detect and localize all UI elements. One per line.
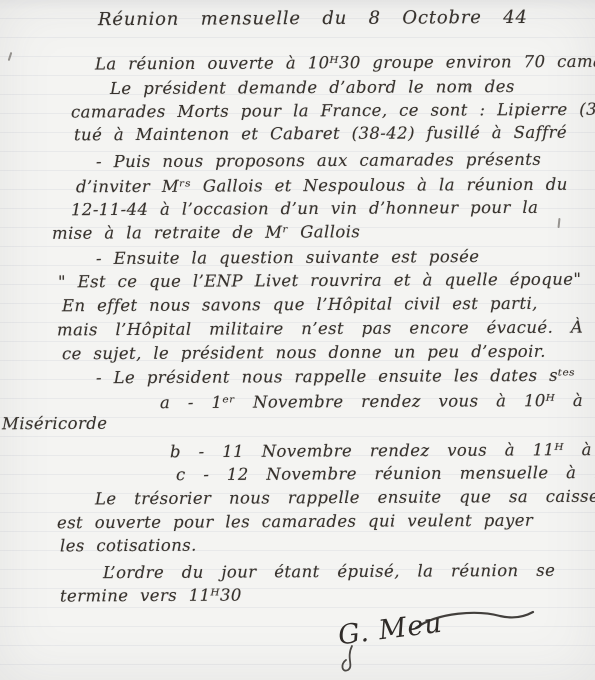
handwritten-line: est ouverte pour les camarades qui veule… (57, 510, 533, 534)
handwritten-line: d’inviter Mʳˢ Gallois et Nespoulous à la… (76, 174, 568, 199)
handwritten-line: termine vers 11ᴴ30 (60, 585, 242, 608)
handwritten-line: camarades Morts pour la France, ce sont … (71, 99, 595, 124)
handwritten-line: En effet nous savons que l’Hôpital civil… (62, 293, 538, 317)
ink-speck (8, 52, 13, 61)
document-page: Réunion mensuelle du 8 Octobre 44 La réu… (0, 0, 595, 680)
document-title: Réunion mensuelle du 8 Octobre 44 (98, 7, 528, 31)
handwritten-line: Le trésorier nous rappelle ensuite que s… (95, 486, 595, 511)
handwritten-line: Miséricorde (2, 413, 107, 436)
handwritten-line: b - 11 Novembre rendez vous à 11ᴴ à Live… (170, 439, 595, 464)
ink-speck (557, 218, 560, 228)
handwritten-line: - Le président nous rappelle ensuite les… (96, 365, 575, 390)
handwritten-line: 12-11-44 à l’occasion d’un vin d’honneur… (71, 197, 538, 221)
handwritten-line: La réunion ouverte à 10ᴴ30 groupe enviro… (95, 51, 595, 76)
handwritten-line: les cotisations. (60, 535, 197, 558)
handwritten-line: a - 1ᵉʳ Novembre rendez vous à 10ᴴ à (160, 390, 583, 414)
handwritten-line: mais l’Hôpital militaire n’est pas encor… (57, 317, 583, 342)
handwritten-line: - Ensuite la question suivante est posée (96, 246, 480, 270)
handwritten-line: L’ordre du jour étant épuisé, la réunion… (103, 560, 555, 584)
handwritten-line: - Puis nous proposons aux camarades prés… (96, 149, 541, 173)
handwritten-line: mise à la retraite de Mʳ Gallois (52, 221, 360, 245)
signature: G. Meu (328, 598, 538, 673)
handwritten-line: Le président demande d’abord le nom des (110, 76, 515, 100)
handwritten-line: " Est ce que l’ENP Livet rouvrira et à q… (58, 269, 581, 294)
handwritten-line: c - 12 Novembre réunion mensuelle à 10ᴴ (176, 462, 595, 486)
handwritten-line: tué à Maintenon et Cabaret (38-42) fusil… (74, 122, 567, 147)
handwritten-line: ce sujet, le président nous donne un peu… (62, 341, 546, 366)
